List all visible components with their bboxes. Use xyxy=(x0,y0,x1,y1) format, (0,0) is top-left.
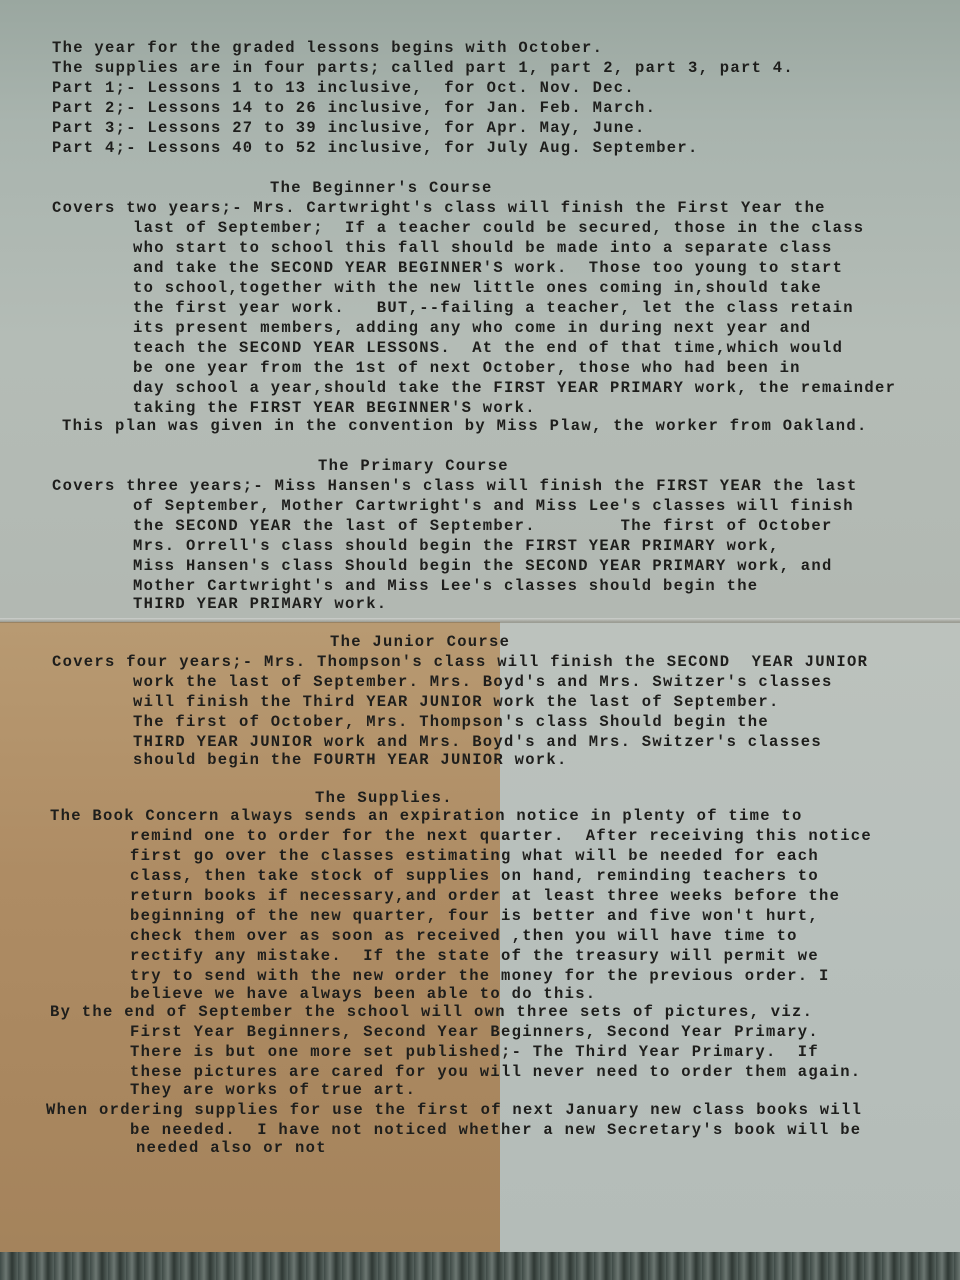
carpet-background xyxy=(0,1252,960,1280)
supplies-line: needed also or not xyxy=(136,1138,327,1158)
beginners-line: to school,together with the new little o… xyxy=(133,278,822,298)
supplies-line: beginning of the new quarter, four is be… xyxy=(130,906,819,926)
beginners-line: the first year work. BUT,--failing a tea… xyxy=(133,298,854,318)
junior-line: will finish the Third YEAR JUNIOR work t… xyxy=(133,692,780,712)
supplies-line: these pictures are cared for you will ne… xyxy=(130,1062,861,1082)
beginners-line: be one year from the 1st of next October… xyxy=(133,358,801,378)
beginners-line: day school a year,should take the FIRST … xyxy=(133,378,896,398)
beginners-line: taking the FIRST YEAR BEGINNER'S work. xyxy=(133,398,536,418)
supplies-line: remind one to order for the next quarter… xyxy=(130,826,872,846)
primary-heading: The Primary Course xyxy=(318,456,509,476)
supplies-line: rectify any mistake. If the state of the… xyxy=(130,946,819,966)
intro-line: Part 4;- Lessons 40 to 52 inclusive, for… xyxy=(52,138,699,158)
supplies-line: The Book Concern always sends an expirat… xyxy=(50,806,803,826)
beginners-note: This plan was given in the convention by… xyxy=(62,416,868,436)
supplies-line: check them over as soon as received ,the… xyxy=(130,926,798,946)
primary-line: the SECOND YEAR the last of September. T… xyxy=(133,516,833,536)
beginners-line: teach the SECOND YEAR LESSONS. At the en… xyxy=(133,338,843,358)
intro-line: Part 1;- Lessons 1 to 13 inclusive, for … xyxy=(52,78,635,98)
supplies-line: first go over the classes estimating wha… xyxy=(130,846,819,866)
intro-line: The supplies are in four parts; called p… xyxy=(52,58,794,78)
supplies-line: First Year Beginners, Second Year Beginn… xyxy=(130,1022,819,1042)
junior-line: Covers four years;- Mrs. Thompson's clas… xyxy=(52,652,868,672)
primary-line: Mother Cartwright's and Miss Lee's class… xyxy=(133,576,758,596)
primary-line: Mrs. Orrell's class should begin the FIR… xyxy=(133,536,780,556)
supplies-line: return books if necessary,and order at l… xyxy=(130,886,840,906)
beginners-line: who start to school this fall should be … xyxy=(133,238,833,258)
beginners-heading: The Beginner's Course xyxy=(270,178,493,198)
primary-line: of September, Mother Cartwright's and Mi… xyxy=(133,496,854,516)
junior-heading: The Junior Course xyxy=(330,632,510,652)
junior-line: work the last of September. Mrs. Boyd's … xyxy=(133,672,833,692)
primary-line: Miss Hansen's class Should begin the SEC… xyxy=(133,556,833,576)
primary-line: Covers three years;- Miss Hansen's class… xyxy=(52,476,858,496)
supplies-line: They are works of true art. xyxy=(130,1080,416,1100)
supplies-line: By the end of September the school will … xyxy=(50,1002,813,1022)
supplies-heading: The Supplies. xyxy=(315,788,453,808)
typewritten-document: The year for the graded lessons begins w… xyxy=(0,0,960,1250)
supplies-line: When ordering supplies for use the first… xyxy=(46,1100,862,1120)
junior-line: The first of October, Mrs. Thompson's cl… xyxy=(133,712,769,732)
beginners-line: last of September; If a teacher could be… xyxy=(133,218,864,238)
supplies-line: There is but one more set published;- Th… xyxy=(130,1042,819,1062)
beginners-line: its present members, adding any who come… xyxy=(133,318,811,338)
intro-line: Part 2;- Lessons 14 to 26 inclusive, for… xyxy=(52,98,656,118)
beginners-line: and take the SECOND YEAR BEGINNER'S work… xyxy=(133,258,843,278)
supplies-line: try to send with the new order the money… xyxy=(130,966,830,986)
supplies-line: believe we have always been able to do t… xyxy=(130,984,596,1004)
junior-line: should begin the FOURTH YEAR JUNIOR work… xyxy=(133,750,568,770)
junior-line: THIRD YEAR JUNIOR work and Mrs. Boyd's a… xyxy=(133,732,822,752)
beginners-line: Covers two years;- Mrs. Cartwright's cla… xyxy=(52,198,826,218)
primary-line: THIRD YEAR PRIMARY work. xyxy=(133,594,387,614)
intro-line: The year for the graded lessons begins w… xyxy=(52,38,603,58)
supplies-line: be needed. I have not noticed whether a … xyxy=(130,1120,861,1140)
intro-line: Part 3;- Lessons 27 to 39 inclusive, for… xyxy=(52,118,646,138)
supplies-line: class, then take stock of supplies on ha… xyxy=(130,866,819,886)
